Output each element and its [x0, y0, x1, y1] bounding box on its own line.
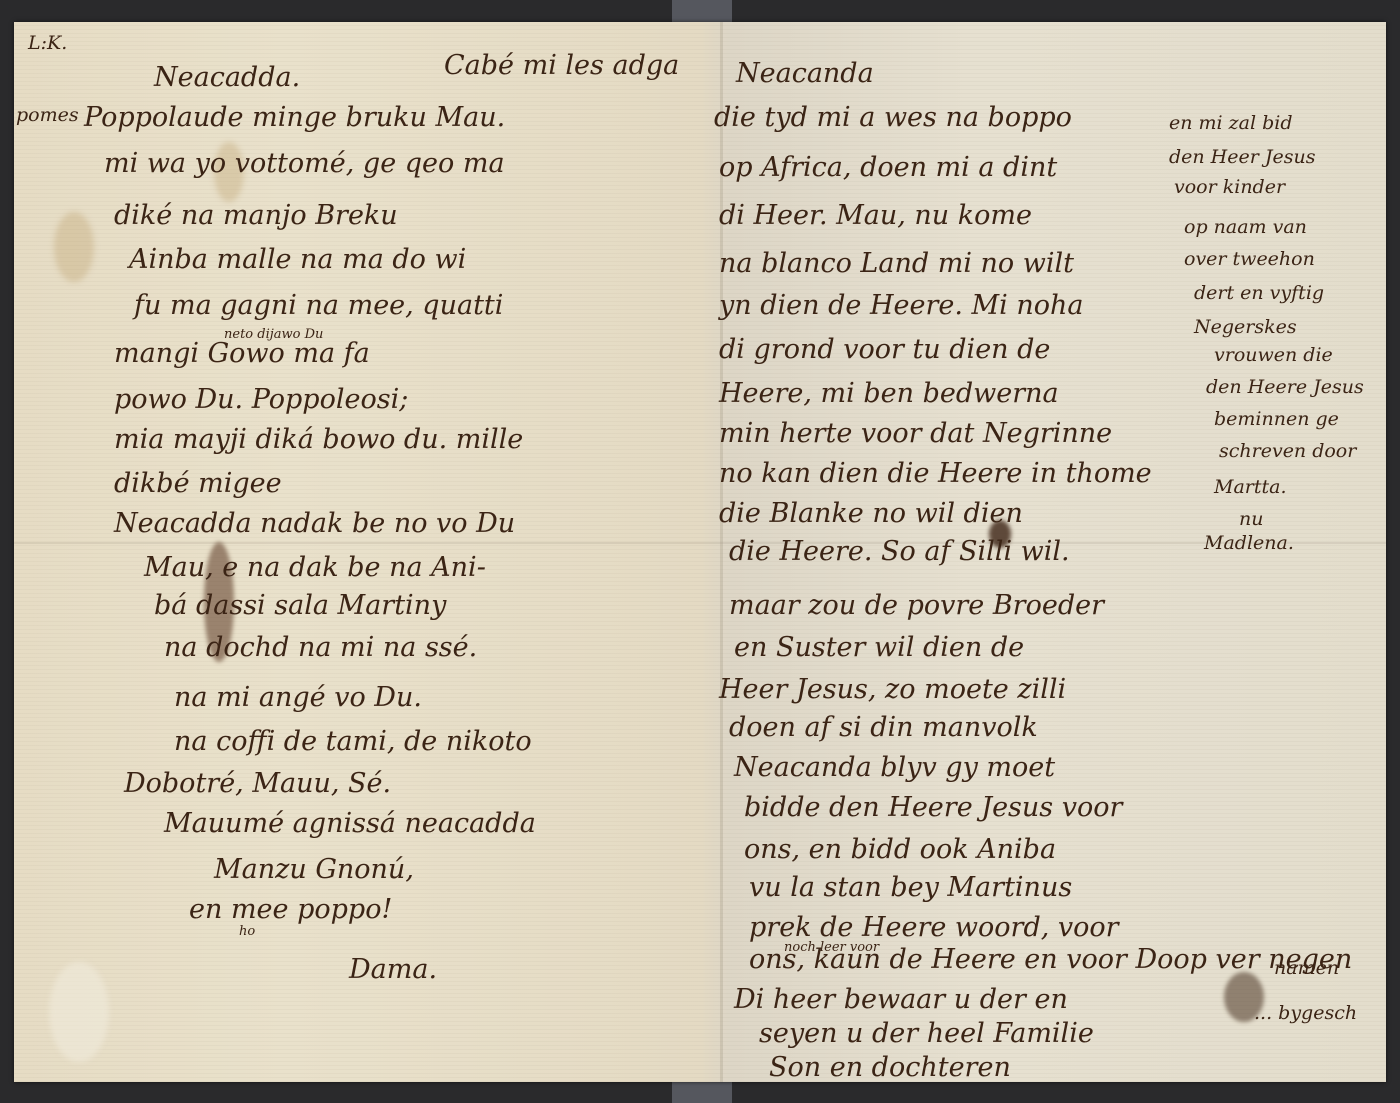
left-line: powo Du. Poppoleosi; [114, 384, 408, 415]
side-line: op naam van [1184, 216, 1307, 238]
side-line: vrouwen die [1214, 344, 1333, 366]
left-line: Mauumé agnissá neacadda [164, 808, 536, 839]
side-line: nu [1239, 508, 1263, 530]
right-line: yn dien de Heere. Mi noha [719, 290, 1084, 321]
side-line: Martta. [1214, 476, 1287, 498]
right-line: Di heer bewaar u der en [734, 984, 1068, 1015]
right-line: bidde den Heere Jesus voor [744, 792, 1122, 823]
left-line: mia mayji diká bowo du. mille [114, 424, 523, 455]
binding-tape-top [672, 0, 732, 24]
side-line: schreven door [1219, 440, 1356, 462]
right-line: Heer Jesus, zo moete zilli [719, 674, 1066, 705]
right-line: Neacanda blyv gy moet [734, 752, 1055, 783]
stain [54, 212, 94, 282]
side-line: den Heere Jesus [1206, 376, 1364, 398]
right-line: die tyd mi a wes na boppo [714, 102, 1072, 133]
left-line: na coffi de tami, de nikoto [174, 726, 532, 757]
right-line: Heere, mi ben bedwerna [719, 378, 1059, 409]
right-line: en Suster wil dien de [734, 632, 1024, 663]
left-line: fu ma gagni na mee, quatti [134, 290, 503, 321]
margin-note: pomes [16, 104, 79, 126]
right-heading: Neacanda [736, 58, 874, 89]
right-line: di Heer. Mau, nu kome [719, 200, 1032, 231]
side-line: beminnen ge [1214, 408, 1339, 430]
right-line: doen af si din manvolk [729, 712, 1038, 743]
right-line: na blanco Land mi no wilt [719, 248, 1074, 279]
right-line: no kan dien die Heere in thome [719, 458, 1152, 489]
corner-mark: L:K. [28, 32, 67, 54]
left-line: Dobotré, Mauu, Sé. [124, 768, 391, 799]
side-line: voor kinder [1174, 176, 1285, 198]
lower-right-note: ... bygesch [1254, 1002, 1357, 1024]
side-line: over tweehon [1184, 248, 1315, 270]
left-line: Ainba malle na ma do wi [129, 244, 466, 275]
left-line: Poppolaude minge bruku Mau. [84, 102, 505, 133]
side-line: Madlena. [1204, 532, 1294, 554]
left-line: mi wa yo vottomé, ge qeo ma [104, 148, 505, 179]
left-line: mangi Gowo ma fa [114, 338, 370, 369]
right-line: prek de Heere woord, voor [749, 912, 1119, 943]
right-line: min herte voor dat Negrinne [719, 418, 1112, 449]
right-line: seyen u der heel Familie [759, 1018, 1094, 1049]
right-line: ons, en bidd ook Aniba [744, 834, 1056, 865]
stain [49, 962, 109, 1062]
left-line: dikbé migee [114, 468, 282, 499]
side-line: den Heer Jesus [1169, 146, 1315, 168]
right-line: op Africa, doen mi a dint [719, 152, 1057, 183]
left-line: Mau, e na dak be na Ani- [144, 552, 486, 583]
right-line: di grond voor tu dien de [719, 334, 1050, 365]
left-heading: Neacadda. [154, 62, 300, 93]
left-line: na dochd na mi na ssé. [164, 632, 477, 663]
left-line: diké na manjo Breku [114, 200, 398, 231]
signature: Dama. [349, 954, 437, 985]
left-line: Neacadda nadak be no vo Du [114, 508, 515, 539]
right-line: ons, kaun de Heere en voor Doop ver nege… [749, 944, 1352, 975]
binding-tape-bottom [672, 1080, 732, 1103]
interlinear-note: ho [239, 924, 255, 939]
right-line: maar zou de povre Broeder [729, 590, 1104, 621]
right-line: Son en dochteren [769, 1052, 1011, 1083]
right-line: die Blanke no wil dien [719, 498, 1023, 529]
side-line: dert en vyftig [1194, 282, 1324, 304]
left-line: Manzu Gnonú, [214, 854, 414, 885]
left-line: na mi angé vo Du. [174, 682, 422, 713]
manuscript-sheet: L:K. Neacadda. Cabé mi les adga pomes Po… [14, 22, 1386, 1082]
right-line: vu la stan bey Martinus [749, 872, 1072, 903]
side-line: Negerskes [1194, 316, 1297, 338]
lower-right-note: namen [1274, 957, 1339, 979]
left-line: bá dassi sala Martiny [154, 590, 446, 621]
top-heading: Cabé mi les adga [444, 50, 679, 81]
left-line: en mee poppo! [189, 894, 392, 925]
right-line: die Heere. So af Silli wil. [729, 536, 1070, 567]
side-line: en mi zal bid [1169, 112, 1293, 134]
